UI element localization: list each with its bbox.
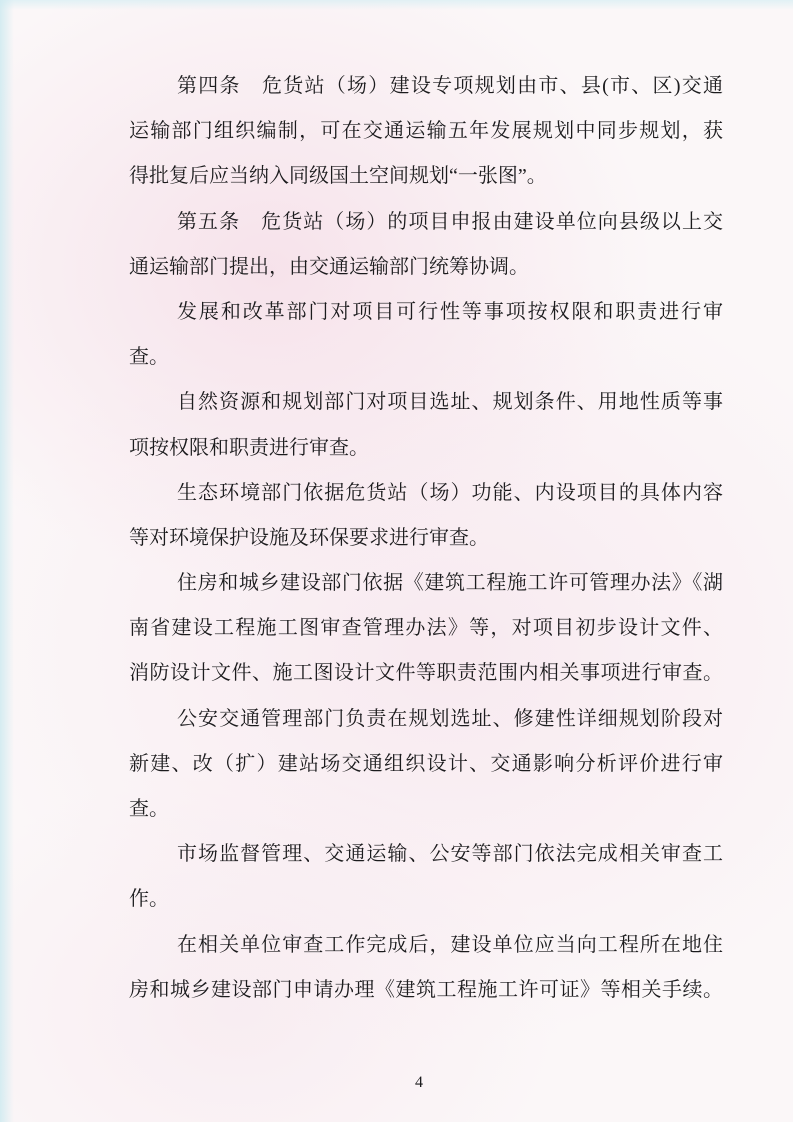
text-line: 项按权限和职责进行审查。 <box>129 426 723 471</box>
document-body: 第四条 危货站（场）建设专项规划由市、县(市、区)交通 运输部门组织编制，可在交… <box>129 64 723 1013</box>
text-line: 公安交通管理部门负责在规划选址、修建性详细规划阶段对 <box>129 697 723 742</box>
text-line: 作。 <box>129 877 723 922</box>
text-line: 第五条 危货站（场）的项目申报由建设单位向县级以上交 <box>129 200 723 245</box>
text-line: 运输部门组织编制，可在交通运输五年发展规划中同步规划，获 <box>129 109 723 154</box>
text-line: 查。 <box>129 335 723 380</box>
text-line: 新建、改（扩）建站场交通组织设计、交通影响分析评价进行审 <box>129 742 723 787</box>
text-line: 得批复后应当纳入同级国土空间规划“一张图”。 <box>129 154 723 199</box>
text-line: 发展和改革部门对项目可行性等事项按权限和职责进行审 <box>129 290 723 335</box>
text-line: 等对环境保护设施及环保要求进行审查。 <box>129 516 723 561</box>
text-line: 通运输部门提出，由交通运输部门统筹协调。 <box>129 245 723 290</box>
text-line: 在相关单位审查工作完成后，建设单位应当向工程所在地住 <box>129 923 723 968</box>
text-line: 房和城乡建设部门申请办理《建筑工程施工许可证》等相关手续。 <box>129 968 723 1013</box>
text-line: 市场监督管理、交通运输、公安等部门依法完成相关审查工 <box>129 832 723 877</box>
text-line: 第四条 危货站（场）建设专项规划由市、县(市、区)交通 <box>129 64 723 109</box>
text-line: 消防设计文件、施工图设计文件等职责范围内相关事项进行审查。 <box>129 651 723 696</box>
text-line: 生态环境部门依据危货站（场）功能、内设项目的具体内容 <box>129 471 723 516</box>
text-line: 自然资源和规划部门对项目选址、规划条件、用地性质等事 <box>129 380 723 425</box>
page-number: 4 <box>404 1072 434 1094</box>
text-line: 南省建设工程施工图审查管理办法》等，对项目初步设计文件、 <box>129 606 723 651</box>
text-line: 查。 <box>129 787 723 832</box>
scanned-document-page: 第四条 危货站（场）建设专项规划由市、县(市、区)交通 运输部门组织编制，可在交… <box>0 0 793 1122</box>
text-line: 住房和城乡建设部门依据《建筑工程施工许可管理办法》《湖 <box>129 561 723 606</box>
